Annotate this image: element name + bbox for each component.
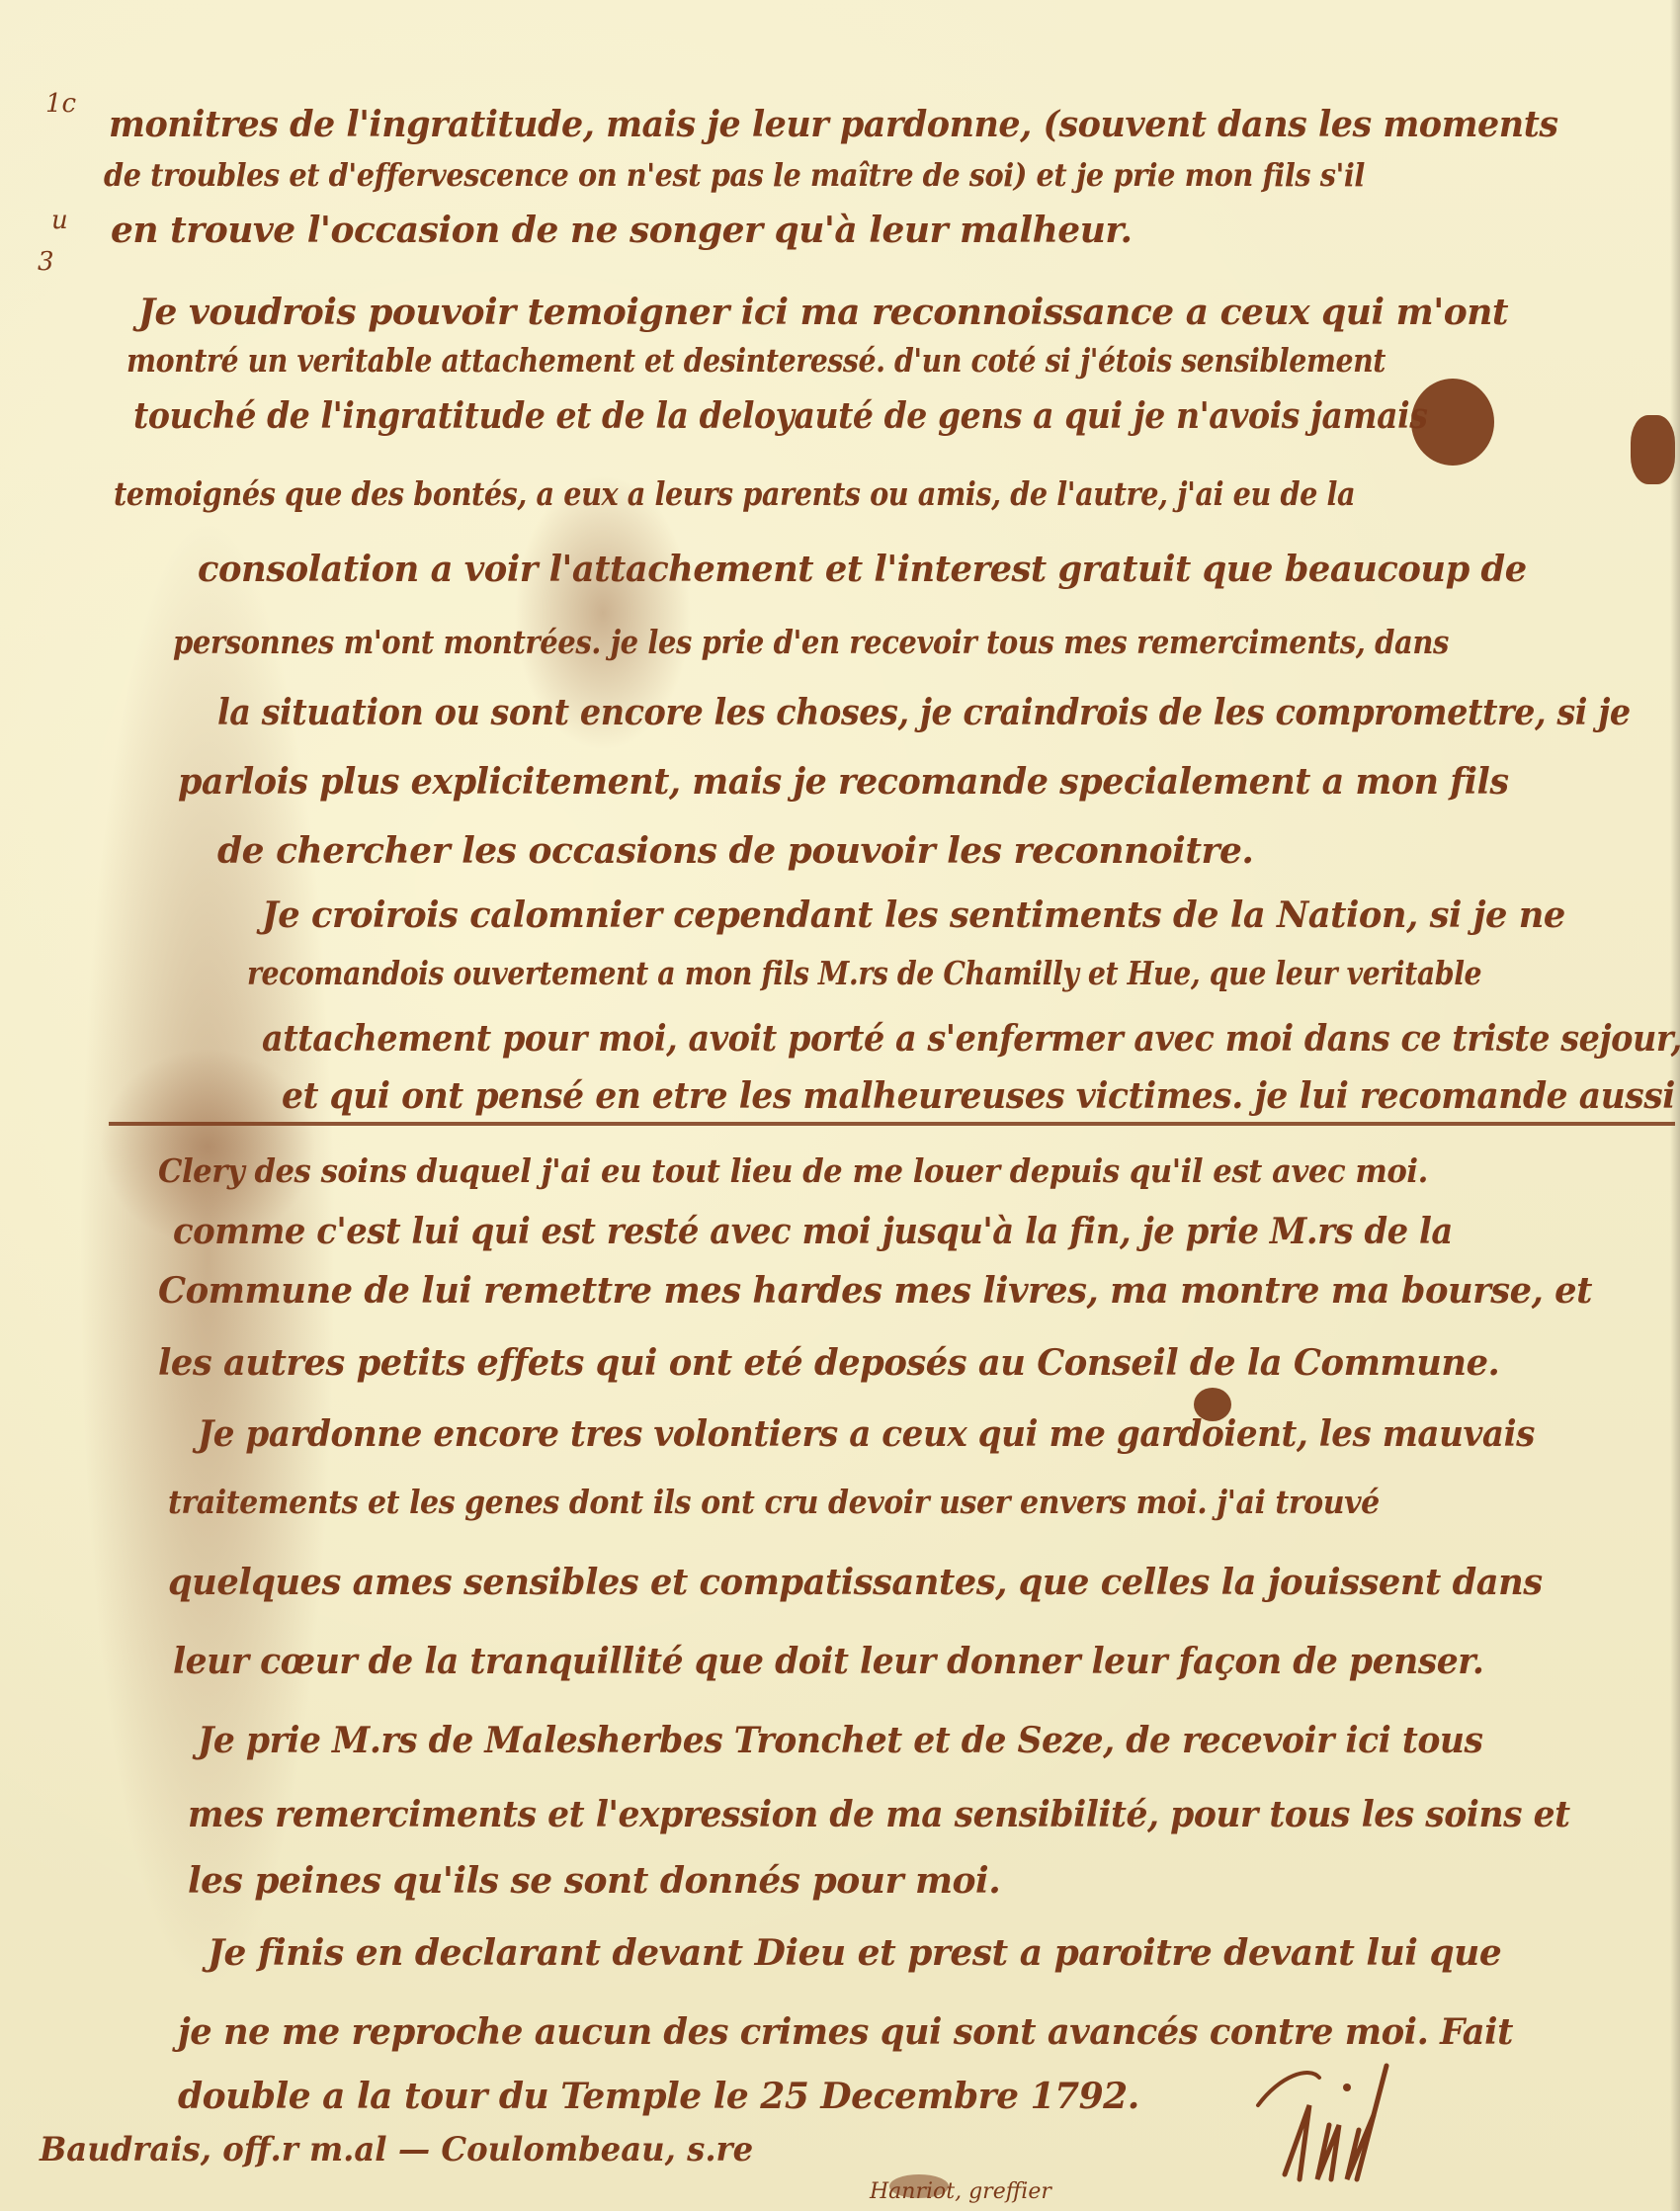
manuscript-line: traitements et les genes dont ils ont cr… [168,1483,1380,1521]
manuscript-line: touché de l'ingratitude et de la deloyau… [133,395,1427,437]
ink-blot [1631,415,1675,484]
manuscript-line: de troubles et d'effervescence on n'est … [104,156,1365,194]
manuscript-line: personnes m'ont montrées. je les prie d'… [173,623,1449,661]
manuscript-line: monitres de l'ingratitude, mais je leur … [109,104,1558,145]
witness-signature-greffier: Hanriot, greffier [870,2179,1051,2204]
manuscript-line: comme c'est lui qui est resté avec moi j… [173,1211,1453,1252]
margin-mark: u [51,206,68,235]
manuscript-page: 1c u 3 monitres de l'ingratitude, mais j… [0,0,1680,2211]
manuscript-line: de chercher les occasions de pouvoir les… [217,830,1253,872]
manuscript-line: montré un veritable attachement et desin… [126,341,1386,380]
manuscript-line: consolation a voir l'attachement et l'in… [198,549,1527,590]
manuscript-line: la situation ou sont encore les choses, … [217,692,1631,733]
manuscript-line: Je croirois calomnier cependant les sent… [262,894,1565,936]
manuscript-line: temoignés que des bontés, a eux a leurs … [114,474,1355,513]
signature: Louis [1240,2056,1477,2194]
manuscript-line: parlois plus explicitement, mais je reco… [178,761,1509,803]
witness-signatures: Baudrais, off.r m.al — Coulombeau, s.re [40,2130,753,2169]
manuscript-line: Je finis en declarant devant Dieu et pre… [208,1932,1501,1974]
horizontal-rule [109,1122,1675,1126]
manuscript-line: quelques ames sensibles et compatissante… [168,1562,1543,1603]
manuscript-line: leur cœur de la tranquillité que doit le… [173,1641,1483,1682]
manuscript-line: Je pardonne encore tres volontiers a ceu… [198,1413,1535,1455]
manuscript-line: Clery des soins duquel j'ai eu tout lieu… [158,1151,1428,1190]
margin-mark: 1c [45,89,76,119]
manuscript-line: et qui ont pensé en etre les malheureuse… [282,1075,1675,1117]
manuscript-line: Je prie M.rs de Malesherbes Tronchet et … [198,1720,1483,1761]
manuscript-line: je ne me reproche aucun des crimes qui s… [178,2011,1513,2053]
signature-flourish-icon [1240,2056,1477,2194]
manuscript-line: Je voudrois pouvoir temoigner ici ma rec… [138,292,1508,333]
manuscript-line: attachement pour moi, avoit porté a s'en… [262,1018,1680,1060]
manuscript-line: en trouve l'occasion de ne songer qu'à l… [111,210,1133,251]
manuscript-line: double a la tour du Temple le 25 Decembr… [178,2076,1139,2117]
manuscript-line: les peines qu'ils se sont donnés pour mo… [188,1860,1000,1902]
manuscript-line: recomandois ouvertement a mon fils M.rs … [247,954,1481,992]
left-margin-smudge [79,514,336,1997]
manuscript-line: les autres petits effets qui ont eté dep… [158,1342,1499,1384]
manuscript-line: Commune de lui remettre mes hardes mes l… [158,1270,1592,1312]
manuscript-line: mes remerciments et l'expression de ma s… [188,1794,1570,1835]
margin-mark: 3 [38,247,54,277]
